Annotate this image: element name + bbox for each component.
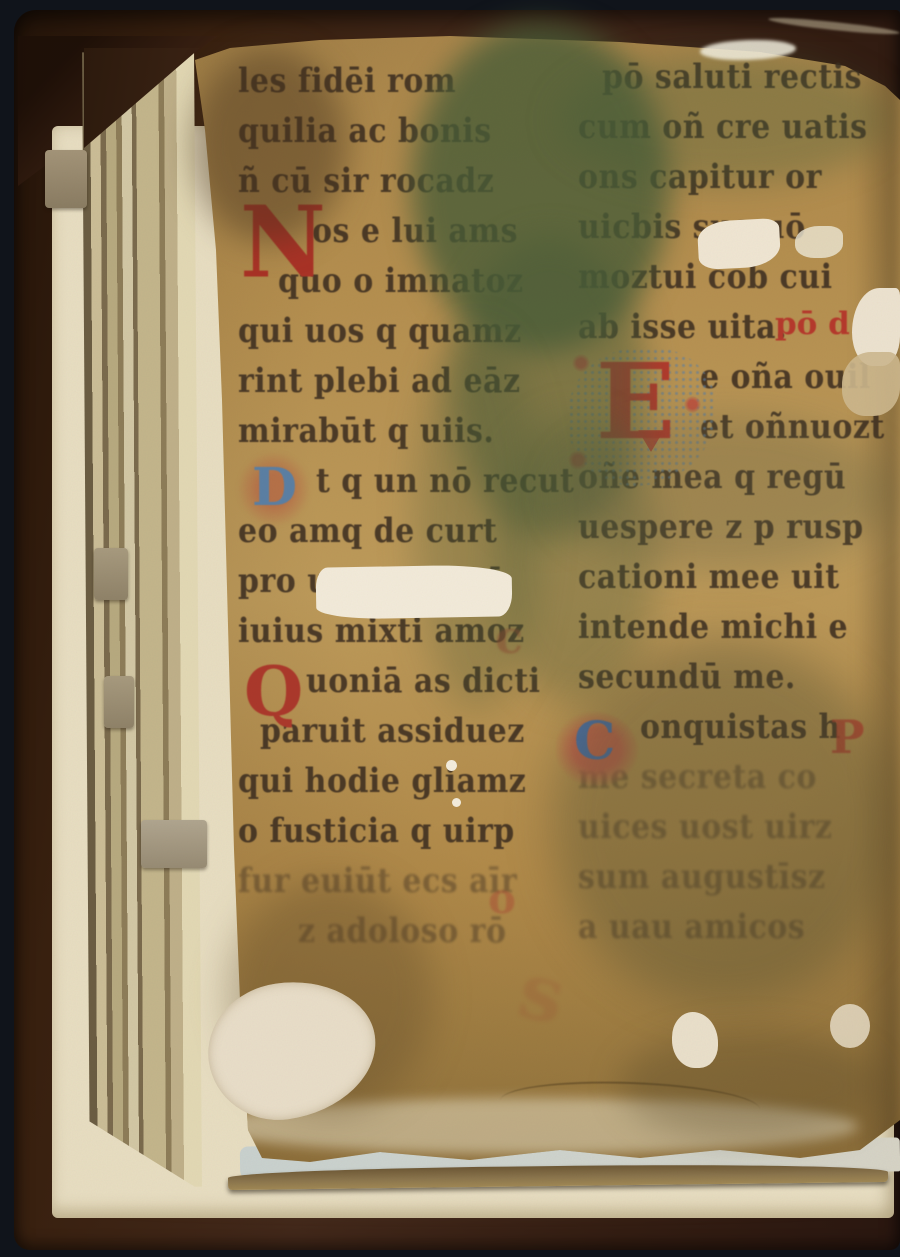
decorated-initial-E: E	[596, 350, 675, 454]
text-line: quilia ac bonis	[238, 112, 492, 151]
text-line: secundū me.	[578, 658, 796, 697]
right-text-column: pō saluti rectiscum oñ cre uatisons capi…	[578, 58, 896, 1018]
text-line: onquistas h	[640, 708, 841, 747]
text-line: cationi mee uit	[578, 558, 840, 597]
text-line: cum oñ cre uatis	[578, 108, 868, 147]
text-line: pō saluti rectis	[602, 58, 862, 97]
text-line: fur euiūt ecs aīr	[238, 862, 517, 901]
rubric-ps-d: pō d	[775, 306, 850, 342]
faded-red-mark: c	[495, 610, 523, 664]
tear-white	[795, 226, 843, 258]
white-fleck	[446, 760, 457, 771]
initial-D: D	[252, 462, 297, 514]
text-line: o fusticia q uirp	[238, 812, 515, 851]
text-line: mirabūt q uiis.	[238, 412, 494, 451]
text-line: t q un nō recut	[316, 462, 574, 501]
repair-patch	[830, 1004, 870, 1048]
text-line: uespere z p rusp	[578, 508, 864, 547]
fore-edge-page-stack	[82, 52, 202, 1188]
fore-edge-tab	[104, 676, 134, 728]
penwork-rosette	[572, 354, 590, 372]
text-line: qui hodie gliamz	[238, 762, 526, 801]
text-line: les fidēi rom	[238, 62, 456, 101]
text-line: uoniā as dicti	[306, 662, 541, 701]
tear-backing	[842, 352, 900, 416]
initial-C: C	[574, 716, 615, 768]
manuscript-photo: les fidēi romquilia ac bonisñ cū sir roc…	[0, 0, 900, 1257]
initial-Q: Q	[244, 658, 303, 726]
penwork-rosette	[684, 396, 701, 413]
text-line: z adoloso rō	[298, 912, 506, 951]
faded-red-mark: o	[488, 874, 516, 923]
fore-edge-tab	[94, 548, 128, 600]
text-line: qui uos q quamz	[238, 312, 522, 351]
text-line: rint plebi ad eāz	[238, 362, 521, 401]
text-line: os e lui ams	[312, 212, 518, 251]
white-fleck	[452, 798, 461, 807]
margin-initial-P: P	[830, 710, 865, 764]
text-line: sum augustīsz	[578, 858, 826, 897]
repair-patch	[316, 564, 513, 619]
penwork-rosette	[568, 450, 588, 470]
text-line: a uau amicos	[578, 908, 805, 947]
fore-edge-tab	[141, 820, 207, 868]
initial-N: N	[240, 194, 326, 293]
text-line: ons capitur or	[578, 158, 822, 197]
text-line: intende michi e	[578, 608, 848, 647]
fore-edge-tab	[45, 150, 87, 208]
text-line: uices uost uirz	[578, 808, 832, 847]
